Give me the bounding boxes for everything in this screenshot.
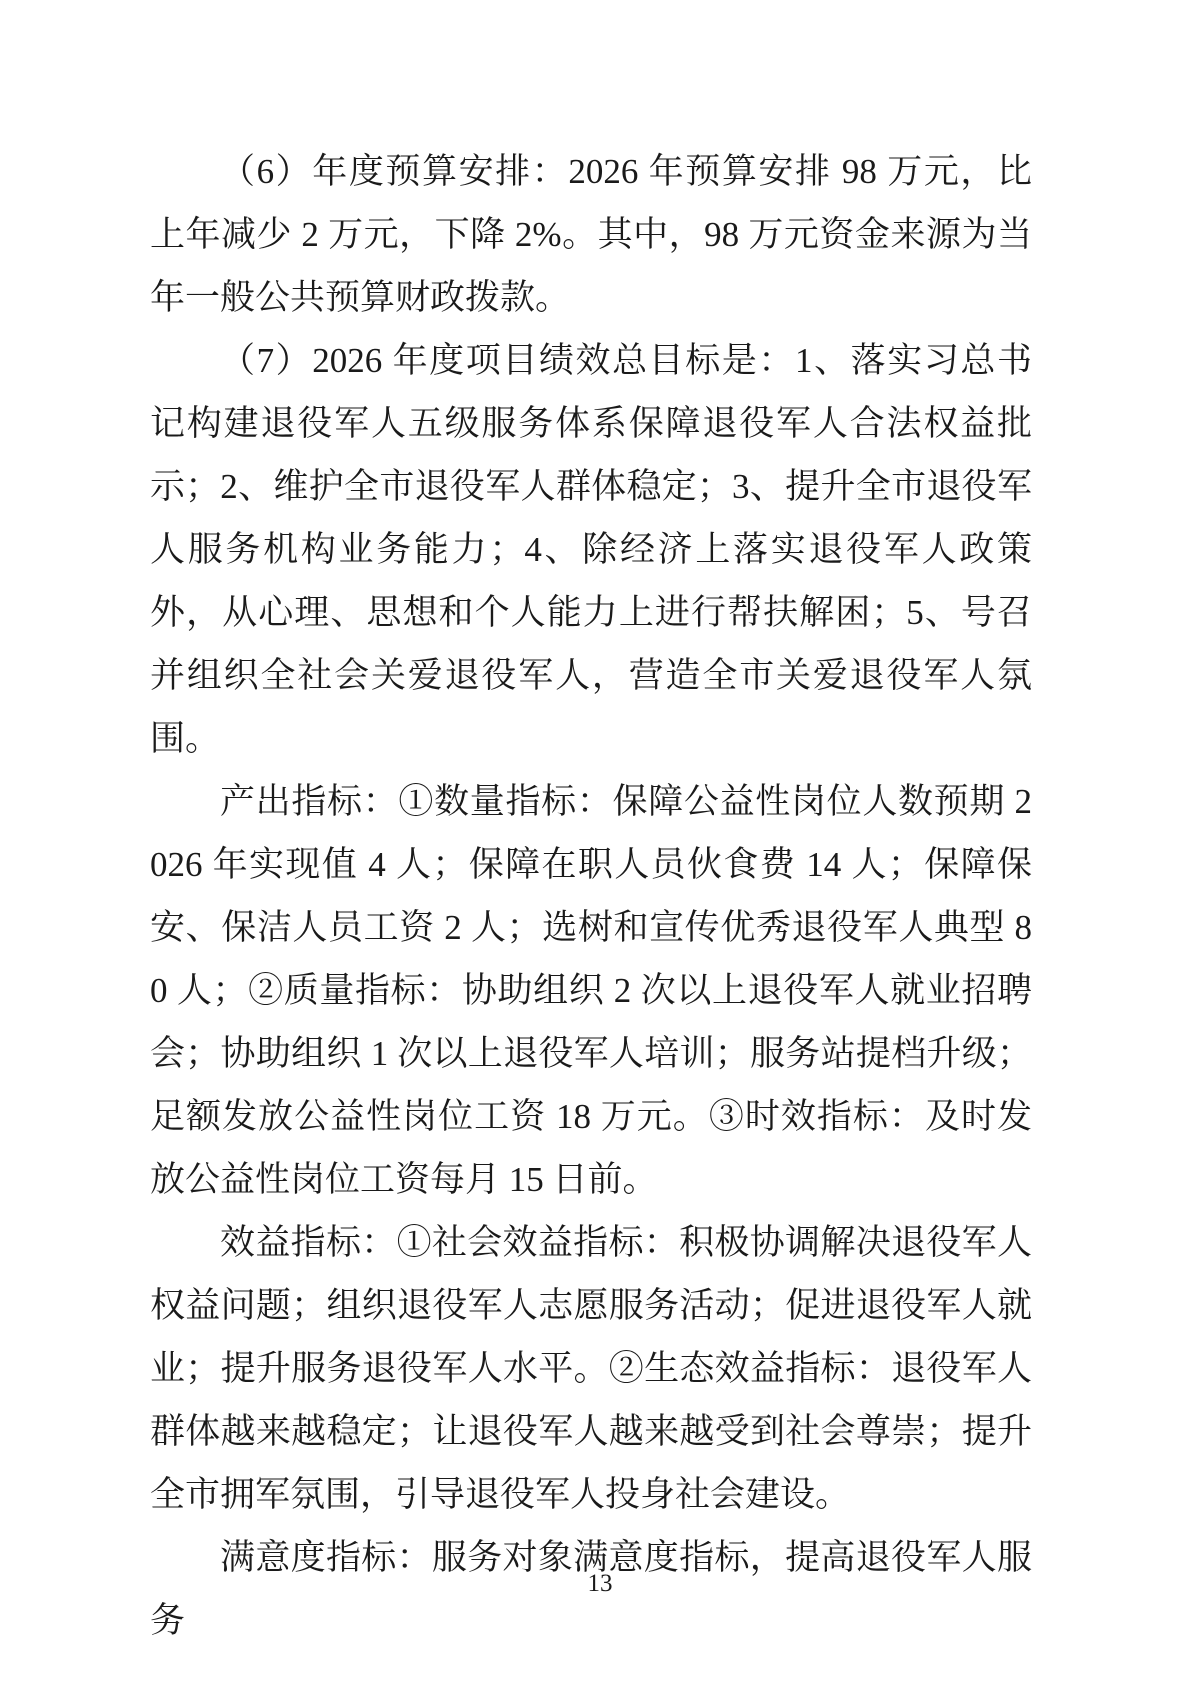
paragraph-benefit-indicators: 效益指标：①社会效益指标：积极协调解决退役军人权益问题；组织退役军人志愿服务活动…: [150, 1211, 1032, 1526]
page-content: （6）年度预算安排：2026 年预算安排 98 万元，比上年减少 2 万元，下降…: [150, 140, 1032, 1652]
page-number: 13: [0, 1568, 1200, 1600]
document-page: （6）年度预算安排：2026 年预算安排 98 万元，比上年减少 2 万元，下降…: [0, 0, 1200, 1697]
paragraph-annual-budget: （6）年度预算安排：2026 年预算安排 98 万元，比上年减少 2 万元，下降…: [150, 140, 1032, 329]
paragraph-performance-goals: （7）2026 年度项目绩效总目标是：1、落实习总书记构建退役军人五级服务体系保…: [150, 329, 1032, 770]
paragraph-output-indicators: 产出指标：①数量指标：保障公益性岗位人数预期 2026 年实现值 4 人；保障在…: [150, 770, 1032, 1211]
